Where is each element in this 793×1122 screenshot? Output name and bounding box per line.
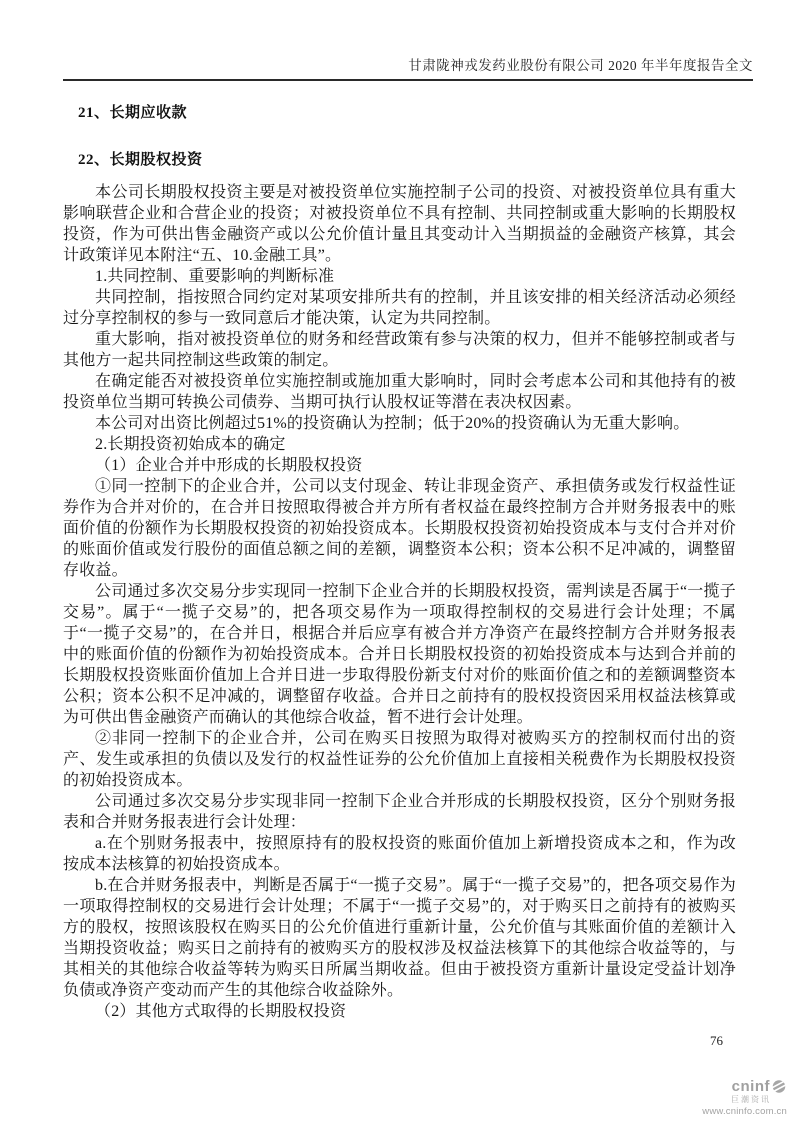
paragraph-same-control-step-acquisition: 公司通过多次交易分步实现同一控制下企业合并的长期股权投资，需判读是否属于“一揽子… [63,581,736,728]
page-number: 76 [710,1033,723,1049]
section-heading-22: 22、长期股权投资 [63,148,736,169]
paragraph-non-same-control-step-acquisition: 公司通过多次交易分步实现非同一控制下企业合并形成的长期股权投资，区分个别财务报表… [63,791,736,833]
paragraph-significant-influence-definition: 重大影响，指对被投资单位的财务和经营政策有参与决策的权力，但并不能够控制或者与其… [63,329,736,371]
paragraph-same-control-merger: ①同一控制下的企业合并，公司以支付现金、转让非现金资产、承担债务或发行权益性证券… [63,476,736,581]
cninfo-brand-row: cninf [695,1079,787,1094]
cninfo-brand-text: cninf [732,1079,770,1094]
paragraph-potential-voting-rights: 在确定能否对被投资单位实施控制或施加重大影响时，同时会考虑本公司和其他持有的被投… [63,371,736,413]
paragraph-joint-control-criteria-heading: 1.共同控制、重要影响的判断标准 [63,266,736,287]
report-page: 甘肃陇神戎发药业股份有限公司 2020 年半年度报告全文 21、长期应收款 22… [0,0,793,1122]
paragraph-separate-statements-treatment: a.在个别财务报表中，按照原持有的股权投资的账面价值加上新增投资成本之和，作为改… [63,833,736,875]
report-title: 甘肃陇神戎发药业股份有限公司 2020 年半年度报告全文 [408,58,753,73]
paragraph-non-same-control-merger: ②非同一控制下的企业合并，公司在购买日按照为取得对被购买方的控制权而付出的资产、… [63,728,736,791]
cninfo-chinese-name: 巨潮资讯 [695,1096,771,1104]
paragraph-lt-equity-intro: 本公司长期股权投资主要是对被投资单位实施控制子公司的投资、对被投资单位具有重大影… [63,182,736,266]
cninfo-website: www.cninfo.com.cn [695,1107,787,1117]
section-heading-21: 21、长期应收款 [63,101,736,122]
paragraph-other-acquisition-subheading: （2）其他方式取得的长期股权投资 [63,1001,736,1022]
paragraph-ownership-thresholds: 本公司对出资比例超过51%的投资确认为控制；低于20%的投资确认为无重大影响。 [63,413,736,434]
page-content: 21、长期应收款 22、长期股权投资 本公司长期股权投资主要是对被投资单位实施控… [63,101,736,1022]
paragraph-joint-control-definition: 共同控制，指按照合同约定对某项安排所共有的控制，并且该安排的相关经济活动必须经过… [63,287,736,329]
page-header: 甘肃陇神戎发药业股份有限公司 2020 年半年度报告全文 [63,54,753,81]
cninfo-swirl-icon [771,1079,787,1094]
paragraph-business-combination-subheading: （1）企业合并中形成的长期股权投资 [63,455,736,476]
paragraph-consolidated-statements-treatment: b.在合并财务报表中，判断是否属于“一揽子交易”。属于“一揽子交易”的，把各项交… [63,875,736,1001]
paragraph-initial-cost-heading: 2.长期投资初始成本的确定 [63,434,736,455]
cninfo-logo: cninf 巨潮资讯 www.cninfo.com.cn [695,1079,787,1117]
